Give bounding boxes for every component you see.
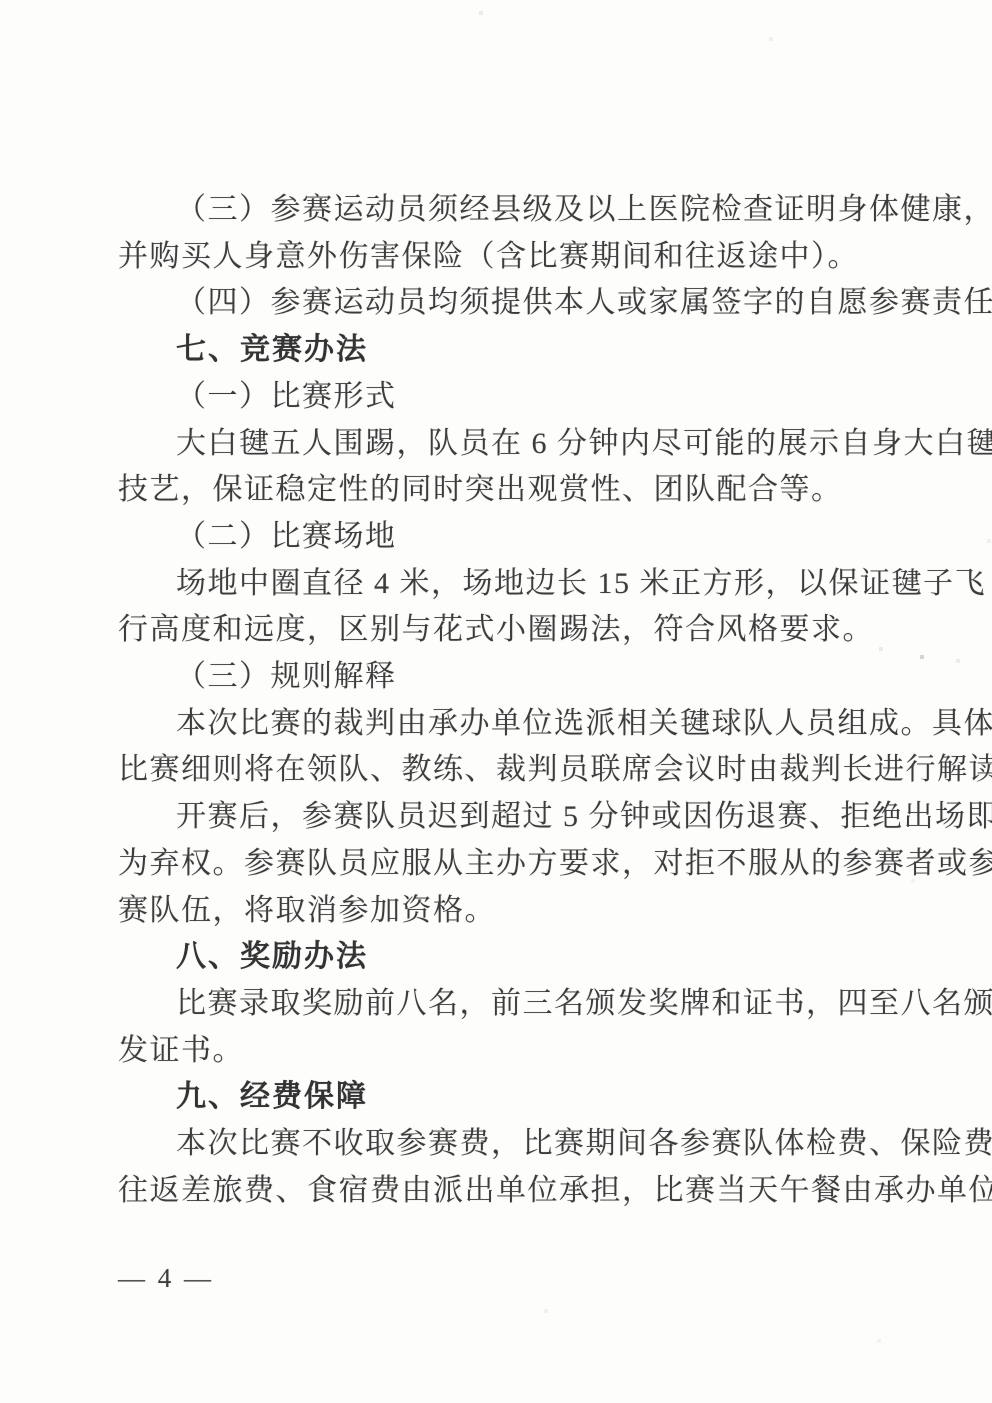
document-line: 往返差旅费、食宿费由派出单位承担，比赛当天午餐由承办单位 [118, 1171, 876, 1211]
document-line: （三）参赛运动员须经县级及以上医院检查证明身体健康， [118, 190, 934, 230]
document-line: 发证书。 [118, 1031, 876, 1071]
section-heading: 七、竞赛办法 [118, 330, 934, 370]
document-line: 比赛细则将在领队、教练、裁判员联席会议时由裁判长进行解读。 [118, 750, 876, 790]
document-line: 比赛录取奖励前八名，前三名颁发奖牌和证书，四至八名颁 [118, 984, 934, 1024]
scan-noise-speckles [0, 0, 2, 2]
scanned-document-page: （三）参赛运动员须经县级及以上医院检查证明身体健康，并购买人身意外伤害保险（含比… [0, 0, 992, 1403]
document-line: （一）比赛形式 [118, 377, 934, 417]
document-line: 并购买人身意外伤害保险（含比赛期间和往返途中）。 [118, 237, 876, 277]
section-heading: 八、奖励办法 [118, 937, 934, 977]
document-line: （二）比赛场地 [118, 517, 934, 557]
section-heading: 九、经费保障 [118, 1077, 934, 1117]
document-line: 为弃权。参赛队员应服从主办方要求，对拒不服从的参赛者或参 [118, 844, 876, 884]
document-line: 开赛后，参赛队员迟到超过 5 分钟或因伤退赛、拒绝出场即 [118, 797, 934, 837]
document-line: 本次比赛不收取参赛费，比赛期间各参赛队体检费、保险费、 [118, 1124, 934, 1164]
document-line: （四）参赛运动员均须提供本人或家属签字的自愿参赛责任书。 [118, 283, 934, 323]
document-line: 赛队伍，将取消参加资格。 [118, 891, 876, 931]
document-line: 大白毽五人围踢，队员在 6 分钟内尽可能的展示自身大白毽 [118, 424, 934, 464]
document-line: 场地中圈直径 4 米，场地边长 15 米正方形，以保证毽子飞 [118, 564, 934, 604]
document-line: 行高度和远度，区别与花式小圈踢法，符合风格要求。 [118, 610, 876, 650]
document-line: （三）规则解释 [118, 657, 934, 697]
document-line: 本次比赛的裁判由承办单位选派相关毽球队人员组成。具体 [118, 704, 934, 744]
page-number: — 4 — [118, 1262, 214, 1294]
document-line: 技艺，保证稳定性的同时突出观赏性、团队配合等。 [118, 470, 876, 510]
